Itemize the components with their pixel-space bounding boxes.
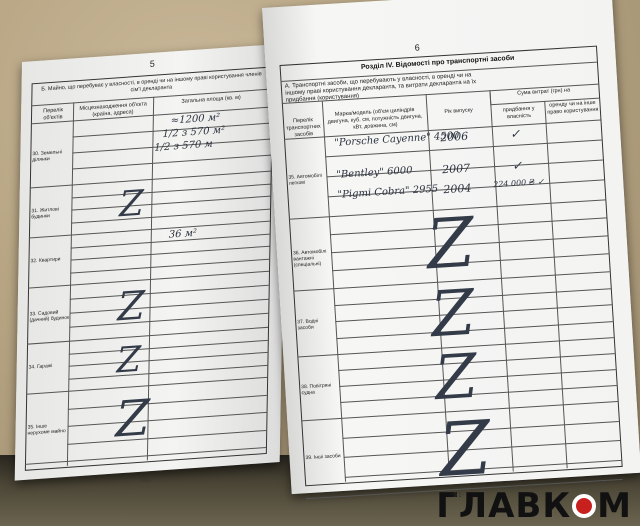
vehicle-category-label: 37. Водні засоби [297, 317, 336, 331]
bottom-mark: -91- [140, 478, 151, 484]
page-number: 5 [150, 59, 155, 69]
strike-mark: Z [437, 405, 494, 494]
vehicle-purchase-cost: ✓ [512, 158, 523, 173]
vehicle-year: 2004 [443, 182, 472, 197]
strike-mark: Z [117, 283, 145, 330]
vehicle-purchase-cost: ✓ [510, 126, 521, 141]
watermark-small-text: ·91· [450, 492, 465, 499]
right-page: 6 Розділ IV. Відомості про транспортні з… [262, 0, 640, 494]
strike-mark: Z [115, 389, 150, 448]
left-page: 5 Б. Майно, що перебуває у власності, в … [15, 43, 287, 480]
strike-mark: Z [433, 342, 479, 414]
logo-red-dot-icon [572, 494, 596, 518]
page-number: 6 [414, 42, 420, 52]
vehicle-category-label: 38. Повітряні судна [301, 382, 340, 396]
strike-mark: Z [429, 276, 477, 352]
glavcom-watermark: ·91· ГЛАВКМ [436, 486, 632, 526]
watermark-text-part2: М [597, 486, 632, 526]
vehicle-year: 2007 [442, 162, 471, 177]
strike-mark: Z [424, 204, 476, 286]
vehicle-year: 2006 [440, 130, 469, 145]
vehicle-category-label: 36. Автомобілі вантажні (спеціальні) [293, 248, 332, 268]
handwritten-entry: 36 м² [169, 228, 197, 241]
vehicle-category-label: 35. Автомобілі легкові [288, 172, 327, 186]
strike-mark: Z [116, 340, 141, 382]
strike-mark: Z [119, 183, 144, 225]
right-table-body: 35. Автомобілі легкові"Porsche Cayenne" … [262, 0, 611, 8]
